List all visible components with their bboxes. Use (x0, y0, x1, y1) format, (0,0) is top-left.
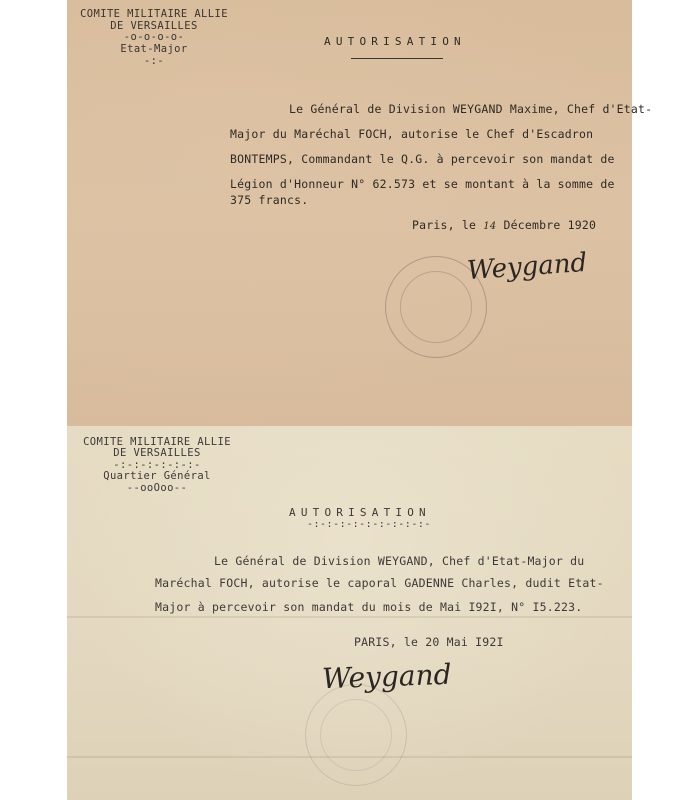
date-day-handwritten: 14 (483, 221, 496, 232)
header-department: Quartier Général (77, 470, 237, 482)
body-line-1: Le Général de Division WEYGAND, Chef d'E… (214, 554, 584, 568)
title-underline (351, 58, 443, 59)
header-ornament: -o-o-o-o- (69, 31, 239, 43)
document-1921: COMITE MILITAIRE ALLIE DE VERSAILLES -:-… (67, 426, 632, 800)
official-seal-stamp (305, 684, 407, 786)
header-ornament-2: --ooOoo-- (77, 482, 237, 494)
date-line: PARIS, le 20 Mai I92I (354, 635, 504, 649)
document-title: AUTORISATION (289, 506, 431, 519)
signature-weygand: Weygand (466, 248, 588, 286)
header-ornament-2: -:- (69, 55, 239, 67)
signature-weygand: Weygand (321, 658, 452, 695)
document-title: AUTORISATION (324, 35, 466, 48)
body-line-2: Major du Maréchal FOCH, autorise le Chef… (230, 127, 593, 141)
title-ornament: -:-:-:-:-:-:-:-:-:- (307, 519, 431, 530)
date-line: Paris, le 14 Décembre 1920 (412, 218, 596, 232)
seal-inner-ring (400, 271, 472, 343)
paper-fold (67, 616, 632, 618)
date-suffix: Décembre 1920 (496, 218, 596, 232)
body-line-3: Major à percevoir son mandat du mois de … (155, 600, 582, 614)
header-org-line2: DE VERSAILLES (77, 447, 237, 459)
header-org-line1: COMITE MILITAIRE ALLIE (69, 8, 239, 20)
date-prefix: Paris, le (412, 218, 483, 232)
body-line-5: 375 francs. (230, 193, 308, 207)
body-line-3: BONTEMPS, Commandant le Q.G. à percevoir… (230, 152, 615, 166)
header-department: Etat-Major (69, 43, 239, 55)
body-line-4: Légion d'Honneur N° 62.573 et se montant… (230, 177, 615, 191)
seal-inner-ring (320, 699, 392, 771)
body-line-2: Maréchal FOCH, autorise le caporal GADEN… (155, 576, 604, 590)
document-1920: COMITE MILITAIRE ALLIE DE VERSAILLES -o-… (67, 0, 632, 426)
body-line-1: Le Général de Division WEYGAND Maxime, C… (289, 102, 652, 116)
